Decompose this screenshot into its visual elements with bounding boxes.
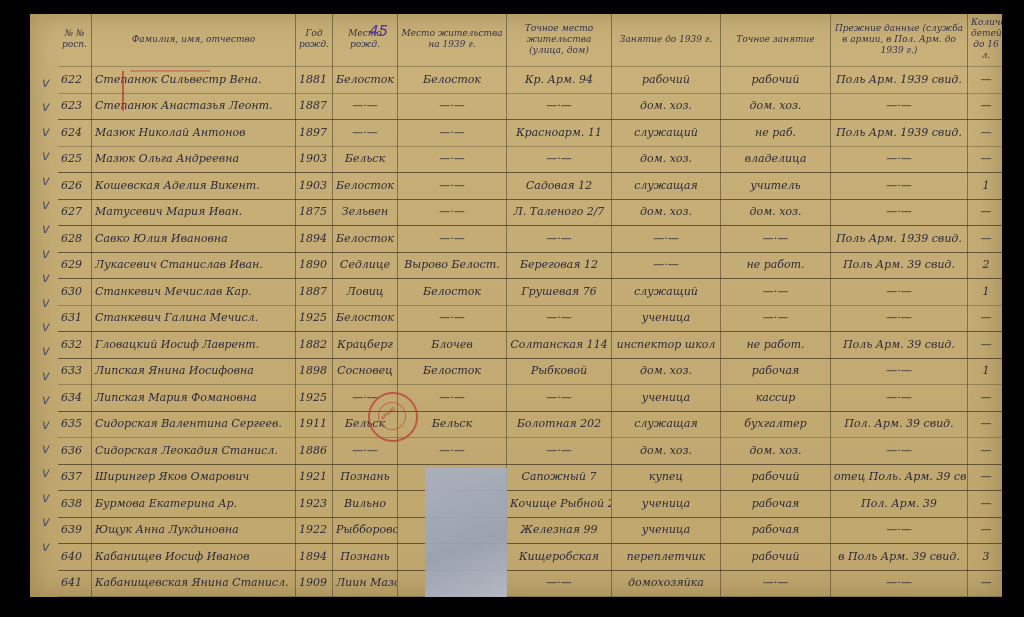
- birth-year: 1881: [296, 67, 333, 94]
- residence-1939: —·—: [398, 199, 507, 226]
- current-occupation: владелица: [721, 146, 831, 173]
- row-number: 631: [58, 305, 92, 332]
- current-occupation: бухгалтер: [721, 411, 831, 438]
- full-name: Сидорская Леокадия Станисл.: [92, 438, 296, 465]
- notes: Поль Арм. 1939 свид.: [831, 226, 968, 253]
- residence-1939: —·—: [398, 305, 507, 332]
- full-name: Лукасевич Станислав Иван.: [92, 252, 296, 279]
- street-address: —·—: [507, 385, 612, 412]
- full-name: Мазюк Николай Антонов: [92, 120, 296, 147]
- row-number: 630: [58, 279, 92, 306]
- full-name: Мазюк Ольга Андреевна: [92, 146, 296, 173]
- table-row: 628Савко Юлия Ивановна1894Белосток—·——·—…: [58, 226, 1002, 253]
- occupation-before-1939: переплетчик: [612, 544, 721, 571]
- children-count: —: [968, 411, 1003, 438]
- full-name: Савко Юлия Ивановна: [92, 226, 296, 253]
- notes: —·—: [831, 438, 968, 465]
- checkmark-icon: v: [42, 515, 50, 530]
- birthplace: Белосток: [333, 67, 398, 94]
- checkmark-icon: v: [42, 369, 50, 384]
- row-number: 627: [58, 199, 92, 226]
- birthplace: Познань: [333, 464, 398, 491]
- children-count: —: [968, 464, 1003, 491]
- occupation-before-1939: дом. хоз.: [612, 146, 721, 173]
- row-number: 635: [58, 411, 92, 438]
- full-name: Липская Мария Фомановна: [92, 385, 296, 412]
- occupation-before-1939: ученица: [612, 305, 721, 332]
- street-address: Солтанская 114: [507, 332, 612, 359]
- current-occupation: рабочий: [721, 67, 831, 94]
- column-header: Точное занятие: [721, 14, 831, 67]
- children-count: —: [968, 67, 1003, 94]
- birthplace: Рыбборово: [333, 517, 398, 544]
- checkmark-icon: v: [42, 174, 50, 189]
- birth-year: 1911: [296, 411, 333, 438]
- occupation-before-1939: дом. хоз.: [612, 199, 721, 226]
- column-header: Прежние данные (служба в армии, в Пол. А…: [831, 14, 968, 67]
- residence-1939: —·—: [398, 173, 507, 200]
- children-count: 3: [968, 544, 1003, 571]
- current-occupation: рабочий: [721, 464, 831, 491]
- checkmark-icon: v: [42, 320, 50, 335]
- full-name: Ющук Анна Лукдиновна: [92, 517, 296, 544]
- notes: Пол. Арм. 39: [831, 491, 968, 518]
- children-count: —: [968, 199, 1003, 226]
- residence-1939: Белосток: [398, 67, 507, 94]
- children-count: —: [968, 385, 1003, 412]
- table-row: 638Бурмова Екатерина Ар.1923ВильноКочище…: [58, 491, 1002, 518]
- street-address: Береговая 12: [507, 252, 612, 279]
- notes: —·—: [831, 93, 968, 120]
- full-name: Ширингер Яков Омарович: [92, 464, 296, 491]
- row-number: 633: [58, 358, 92, 385]
- current-occupation: не работ.: [721, 332, 831, 359]
- table-row: 637Ширингер Яков Омарович1921ПознаньСапо…: [58, 464, 1002, 491]
- checkmark-icon: v: [42, 466, 50, 481]
- residence-1939: —·—: [398, 120, 507, 147]
- occupation-before-1939: домохозяйка: [612, 570, 721, 597]
- birth-year: 1890: [296, 252, 333, 279]
- birthplace: Зельвен: [333, 199, 398, 226]
- checkmark-icon: v: [42, 100, 50, 115]
- table-row: 632Гловацкий Иосиф Лаврент.1882КрацбергБ…: [58, 332, 1002, 359]
- residence-1939: —·—: [398, 226, 507, 253]
- birth-year: 1909: [296, 570, 333, 597]
- row-number: 629: [58, 252, 92, 279]
- folio-number: 45: [369, 22, 388, 40]
- birth-year: 1886: [296, 438, 333, 465]
- full-name: Станкевич Галина Мечисл.: [92, 305, 296, 332]
- occupation-before-1939: ученица: [612, 385, 721, 412]
- street-address: —·—: [507, 226, 612, 253]
- row-number: 622: [58, 67, 92, 94]
- row-number: 634: [58, 385, 92, 412]
- checkmark-icon: v: [42, 247, 50, 262]
- notes: —·—: [831, 173, 968, 200]
- street-address: Садовая 12: [507, 173, 612, 200]
- residence-1939: —·—: [398, 93, 507, 120]
- row-number: 638: [58, 491, 92, 518]
- notes: —·—: [831, 305, 968, 332]
- red-pencil-mark: [122, 71, 124, 111]
- birth-year: 1925: [296, 385, 333, 412]
- children-count: —: [968, 517, 1003, 544]
- street-address: —·—: [507, 93, 612, 120]
- birth-year: 1882: [296, 332, 333, 359]
- birthplace: Лиин Мазовец.: [333, 570, 398, 597]
- children-count: —: [968, 438, 1003, 465]
- birth-year: 1894: [296, 544, 333, 571]
- birthplace: Познань: [333, 544, 398, 571]
- children-count: —: [968, 332, 1003, 359]
- column-header: Место жительства на 1939 г.: [398, 14, 507, 67]
- birthplace: Бельск: [333, 146, 398, 173]
- archive-stamp: АРХИВ: [368, 392, 418, 442]
- residence-1939: Белосток: [398, 358, 507, 385]
- street-address: Грушевая 76: [507, 279, 612, 306]
- occupation-before-1939: купец: [612, 464, 721, 491]
- current-occupation: не работ.: [721, 252, 831, 279]
- column-header: № № росп.: [58, 14, 92, 67]
- table-row: 630Станкевич Мечислав Кар.1887ЛовицБелос…: [58, 279, 1002, 306]
- children-count: 1: [968, 173, 1003, 200]
- column-header: Фамилия, имя, отчество: [92, 14, 296, 67]
- stamp-text: АРХИВ: [380, 406, 397, 422]
- full-name: Липская Янина Иосифовна: [92, 358, 296, 385]
- children-count: —: [968, 491, 1003, 518]
- birthplace: —·—: [333, 120, 398, 147]
- notes: —·—: [831, 146, 968, 173]
- table-row: 624Мазюк Николай Антонов1897—·——·—Красно…: [58, 120, 1002, 147]
- row-number: 626: [58, 173, 92, 200]
- current-occupation: кассир: [721, 385, 831, 412]
- street-address: Кр. Арм. 94: [507, 67, 612, 94]
- notes: в Поль Арм. 39 свид.: [831, 544, 968, 571]
- birthplace: Сосновец: [333, 358, 398, 385]
- residence-1939: Блочев: [398, 332, 507, 359]
- occupation-before-1939: инспектор школ: [612, 332, 721, 359]
- occupation-before-1939: дом. хоз.: [612, 438, 721, 465]
- children-count: 2: [968, 252, 1003, 279]
- margin-checkmarks: vvvvvvvvvvvvvvvvvvvv: [30, 14, 60, 597]
- occupation-before-1939: служащая: [612, 411, 721, 438]
- notes: —·—: [831, 570, 968, 597]
- birth-year: 1887: [296, 279, 333, 306]
- occupation-before-1939: —·—: [612, 226, 721, 253]
- row-number: 623: [58, 93, 92, 120]
- table-row: 629Лукасевич Станислав Иван.1890СедлицеВ…: [58, 252, 1002, 279]
- row-number: 625: [58, 146, 92, 173]
- children-count: 1: [968, 358, 1003, 385]
- row-number: 639: [58, 517, 92, 544]
- checkmark-icon: v: [42, 198, 50, 213]
- notes: Поль Арм. 39 свид.: [831, 332, 968, 359]
- notes: —·—: [831, 385, 968, 412]
- table-row: 640Кабанищев Иосиф Иванов1894ПознаньКище…: [58, 544, 1002, 571]
- birthplace: Белосток: [333, 226, 398, 253]
- notes: Поль Арм. 1939 свид.: [831, 67, 968, 94]
- full-name: Кабанищев Иосиф Иванов: [92, 544, 296, 571]
- occupation-before-1939: ученица: [612, 491, 721, 518]
- current-occupation: рабочая: [721, 517, 831, 544]
- checkmark-icon: v: [42, 222, 50, 237]
- table-row: 625Мазюк Ольга Андреевна1903Бельск—·——·—…: [58, 146, 1002, 173]
- current-occupation: не раб.: [721, 120, 831, 147]
- birthplace: Ловиц: [333, 279, 398, 306]
- current-occupation: учитель: [721, 173, 831, 200]
- birthplace: —·—: [333, 93, 398, 120]
- table-row: 633Липская Янина Иосифовна1898СосновецБе…: [58, 358, 1002, 385]
- row-number: 632: [58, 332, 92, 359]
- current-occupation: —·—: [721, 226, 831, 253]
- checkmark-icon: v: [42, 418, 50, 433]
- children-count: —: [968, 305, 1003, 332]
- row-number: 641: [58, 570, 92, 597]
- birth-year: 1903: [296, 146, 333, 173]
- occupation-before-1939: дом. хоз.: [612, 93, 721, 120]
- table-row: 634Липская Мария Фомановна1925—·——·——·—у…: [58, 385, 1002, 412]
- occupation-before-1939: служащий: [612, 279, 721, 306]
- checkmark-icon: v: [42, 149, 50, 164]
- birth-year: 1925: [296, 305, 333, 332]
- full-name: Сидорская Валентина Сергеев.: [92, 411, 296, 438]
- birth-year: 1875: [296, 199, 333, 226]
- table-row: 639Ющук Анна Лукдиновна1922РыбборовоЖеле…: [58, 517, 1002, 544]
- street-address: —·—: [507, 438, 612, 465]
- street-address: Железная 99: [507, 517, 612, 544]
- current-occupation: дом. хоз.: [721, 93, 831, 120]
- checkmark-icon: v: [42, 344, 50, 359]
- residence-1939: —·—: [398, 438, 507, 465]
- children-count: —: [968, 93, 1003, 120]
- occupation-before-1939: —·—: [612, 252, 721, 279]
- notes: отец Поль. Арм. 39 свид.: [831, 464, 968, 491]
- residence-1939: —·—: [398, 146, 507, 173]
- residence-1939: Вырово Белост.: [398, 252, 507, 279]
- checkmark-icon: v: [42, 540, 50, 555]
- children-count: —: [968, 226, 1003, 253]
- notes: Поль Арм. 39 свид.: [831, 252, 968, 279]
- current-occupation: —·—: [721, 570, 831, 597]
- street-address: Л. Таленого 2/7: [507, 199, 612, 226]
- current-occupation: рабочий: [721, 544, 831, 571]
- occupation-before-1939: дом. хоз.: [612, 358, 721, 385]
- full-name: Бурмова Екатерина Ар.: [92, 491, 296, 518]
- checkmark-icon: v: [42, 76, 50, 91]
- street-address: —·—: [507, 570, 612, 597]
- column-header: Точное место жительства (улица, дом): [507, 14, 612, 67]
- current-occupation: —·—: [721, 279, 831, 306]
- birth-year: 1921: [296, 464, 333, 491]
- table-row: 631Станкевич Галина Мечисл.1925Белосток—…: [58, 305, 1002, 332]
- children-count: —: [968, 120, 1003, 147]
- birth-year: 1897: [296, 120, 333, 147]
- checkmark-icon: v: [42, 296, 50, 311]
- column-header: Количество детей до 16 л.: [968, 14, 1003, 67]
- current-occupation: дом. хоз.: [721, 199, 831, 226]
- full-name: Кабанищевская Янина Станисл.: [92, 570, 296, 597]
- full-name: Станкевич Мечислав Кар.: [92, 279, 296, 306]
- birth-year: 1922: [296, 517, 333, 544]
- ledger-body: 622Степанюк Сильвестр Вена.1881БелостокБ…: [58, 67, 1002, 597]
- row-number: 637: [58, 464, 92, 491]
- street-address: Кищеробская: [507, 544, 612, 571]
- checkmark-icon: v: [42, 491, 50, 506]
- table-row: 636Сидорская Леокадия Станисл.1886—·——·—…: [58, 438, 1002, 465]
- occupation-before-1939: ученица: [612, 517, 721, 544]
- notes: —·—: [831, 279, 968, 306]
- street-address: Красноарм. 11: [507, 120, 612, 147]
- birth-year: 1923: [296, 491, 333, 518]
- checkmark-icon: v: [42, 271, 50, 286]
- occupation-before-1939: рабочий: [612, 67, 721, 94]
- ledger-sheet: vvvvvvvvvvvvvvvvvvvv № № росп.Фамилия, и…: [30, 14, 1002, 597]
- row-number: 640: [58, 544, 92, 571]
- column-header: Занятие до 1939 г.: [612, 14, 721, 67]
- table-row: 635Сидорская Валентина Сергеев.1911Бельс…: [58, 411, 1002, 438]
- checkmark-icon: v: [42, 442, 50, 457]
- notes: Пол. Арм. 39 свид.: [831, 411, 968, 438]
- occupation-before-1939: служащий: [612, 120, 721, 147]
- current-occupation: —·—: [721, 305, 831, 332]
- row-number: 628: [58, 226, 92, 253]
- street-address: —·—: [507, 146, 612, 173]
- checkmark-icon: v: [42, 393, 50, 408]
- birth-year: 1894: [296, 226, 333, 253]
- row-number: 624: [58, 120, 92, 147]
- table-row: 627Матусевич Мария Иван.1875Зельвен—·—Л.…: [58, 199, 1002, 226]
- children-count: 1: [968, 279, 1003, 306]
- street-address: Болотная 202: [507, 411, 612, 438]
- paper-repair-patch: [425, 468, 507, 597]
- birthplace: Белосток: [333, 173, 398, 200]
- birthplace: Вильно: [333, 491, 398, 518]
- residence-1939: Белосток: [398, 279, 507, 306]
- street-address: Сапожный 7: [507, 464, 612, 491]
- current-occupation: рабочая: [721, 491, 831, 518]
- table-row: 623Степанюк Анастазья Леонт.1887—·——·——·…: [58, 93, 1002, 120]
- birth-year: 1903: [296, 173, 333, 200]
- birthplace: Седлице: [333, 252, 398, 279]
- table-row: 626Кошевская Аделия Викент.1903Белосток—…: [58, 173, 1002, 200]
- column-header: Год рожд.: [296, 14, 333, 67]
- street-address: Рыбковой: [507, 358, 612, 385]
- notes: —·—: [831, 358, 968, 385]
- street-address: Кочище Рыбной 2: [507, 491, 612, 518]
- current-occupation: дом. хоз.: [721, 438, 831, 465]
- birthplace: Белосток: [333, 305, 398, 332]
- birthplace: Крацберг: [333, 332, 398, 359]
- checkmark-icon: v: [42, 125, 50, 140]
- table-row: 641Кабанищевская Янина Станисл.1909Лиин …: [58, 570, 1002, 597]
- children-count: —: [968, 146, 1003, 173]
- notes: —·—: [831, 517, 968, 544]
- birth-year: 1898: [296, 358, 333, 385]
- full-name: Гловацкий Иосиф Лаврент.: [92, 332, 296, 359]
- birth-year: 1887: [296, 93, 333, 120]
- ledger-header-row: № № росп.Фамилия, имя, отчествоГод рожд.…: [58, 14, 1002, 67]
- notes: —·—: [831, 199, 968, 226]
- street-address: —·—: [507, 305, 612, 332]
- red-pencil-underline: [130, 70, 210, 72]
- children-count: —: [968, 570, 1003, 597]
- notes: Поль Арм. 1939 свид.: [831, 120, 968, 147]
- occupation-before-1939: служащая: [612, 173, 721, 200]
- row-number: 636: [58, 438, 92, 465]
- residents-ledger-table: № № росп.Фамилия, имя, отчествоГод рожд.…: [58, 14, 1002, 597]
- current-occupation: рабочая: [721, 358, 831, 385]
- full-name: Матусевич Мария Иван.: [92, 199, 296, 226]
- full-name: Кошевская Аделия Викент.: [92, 173, 296, 200]
